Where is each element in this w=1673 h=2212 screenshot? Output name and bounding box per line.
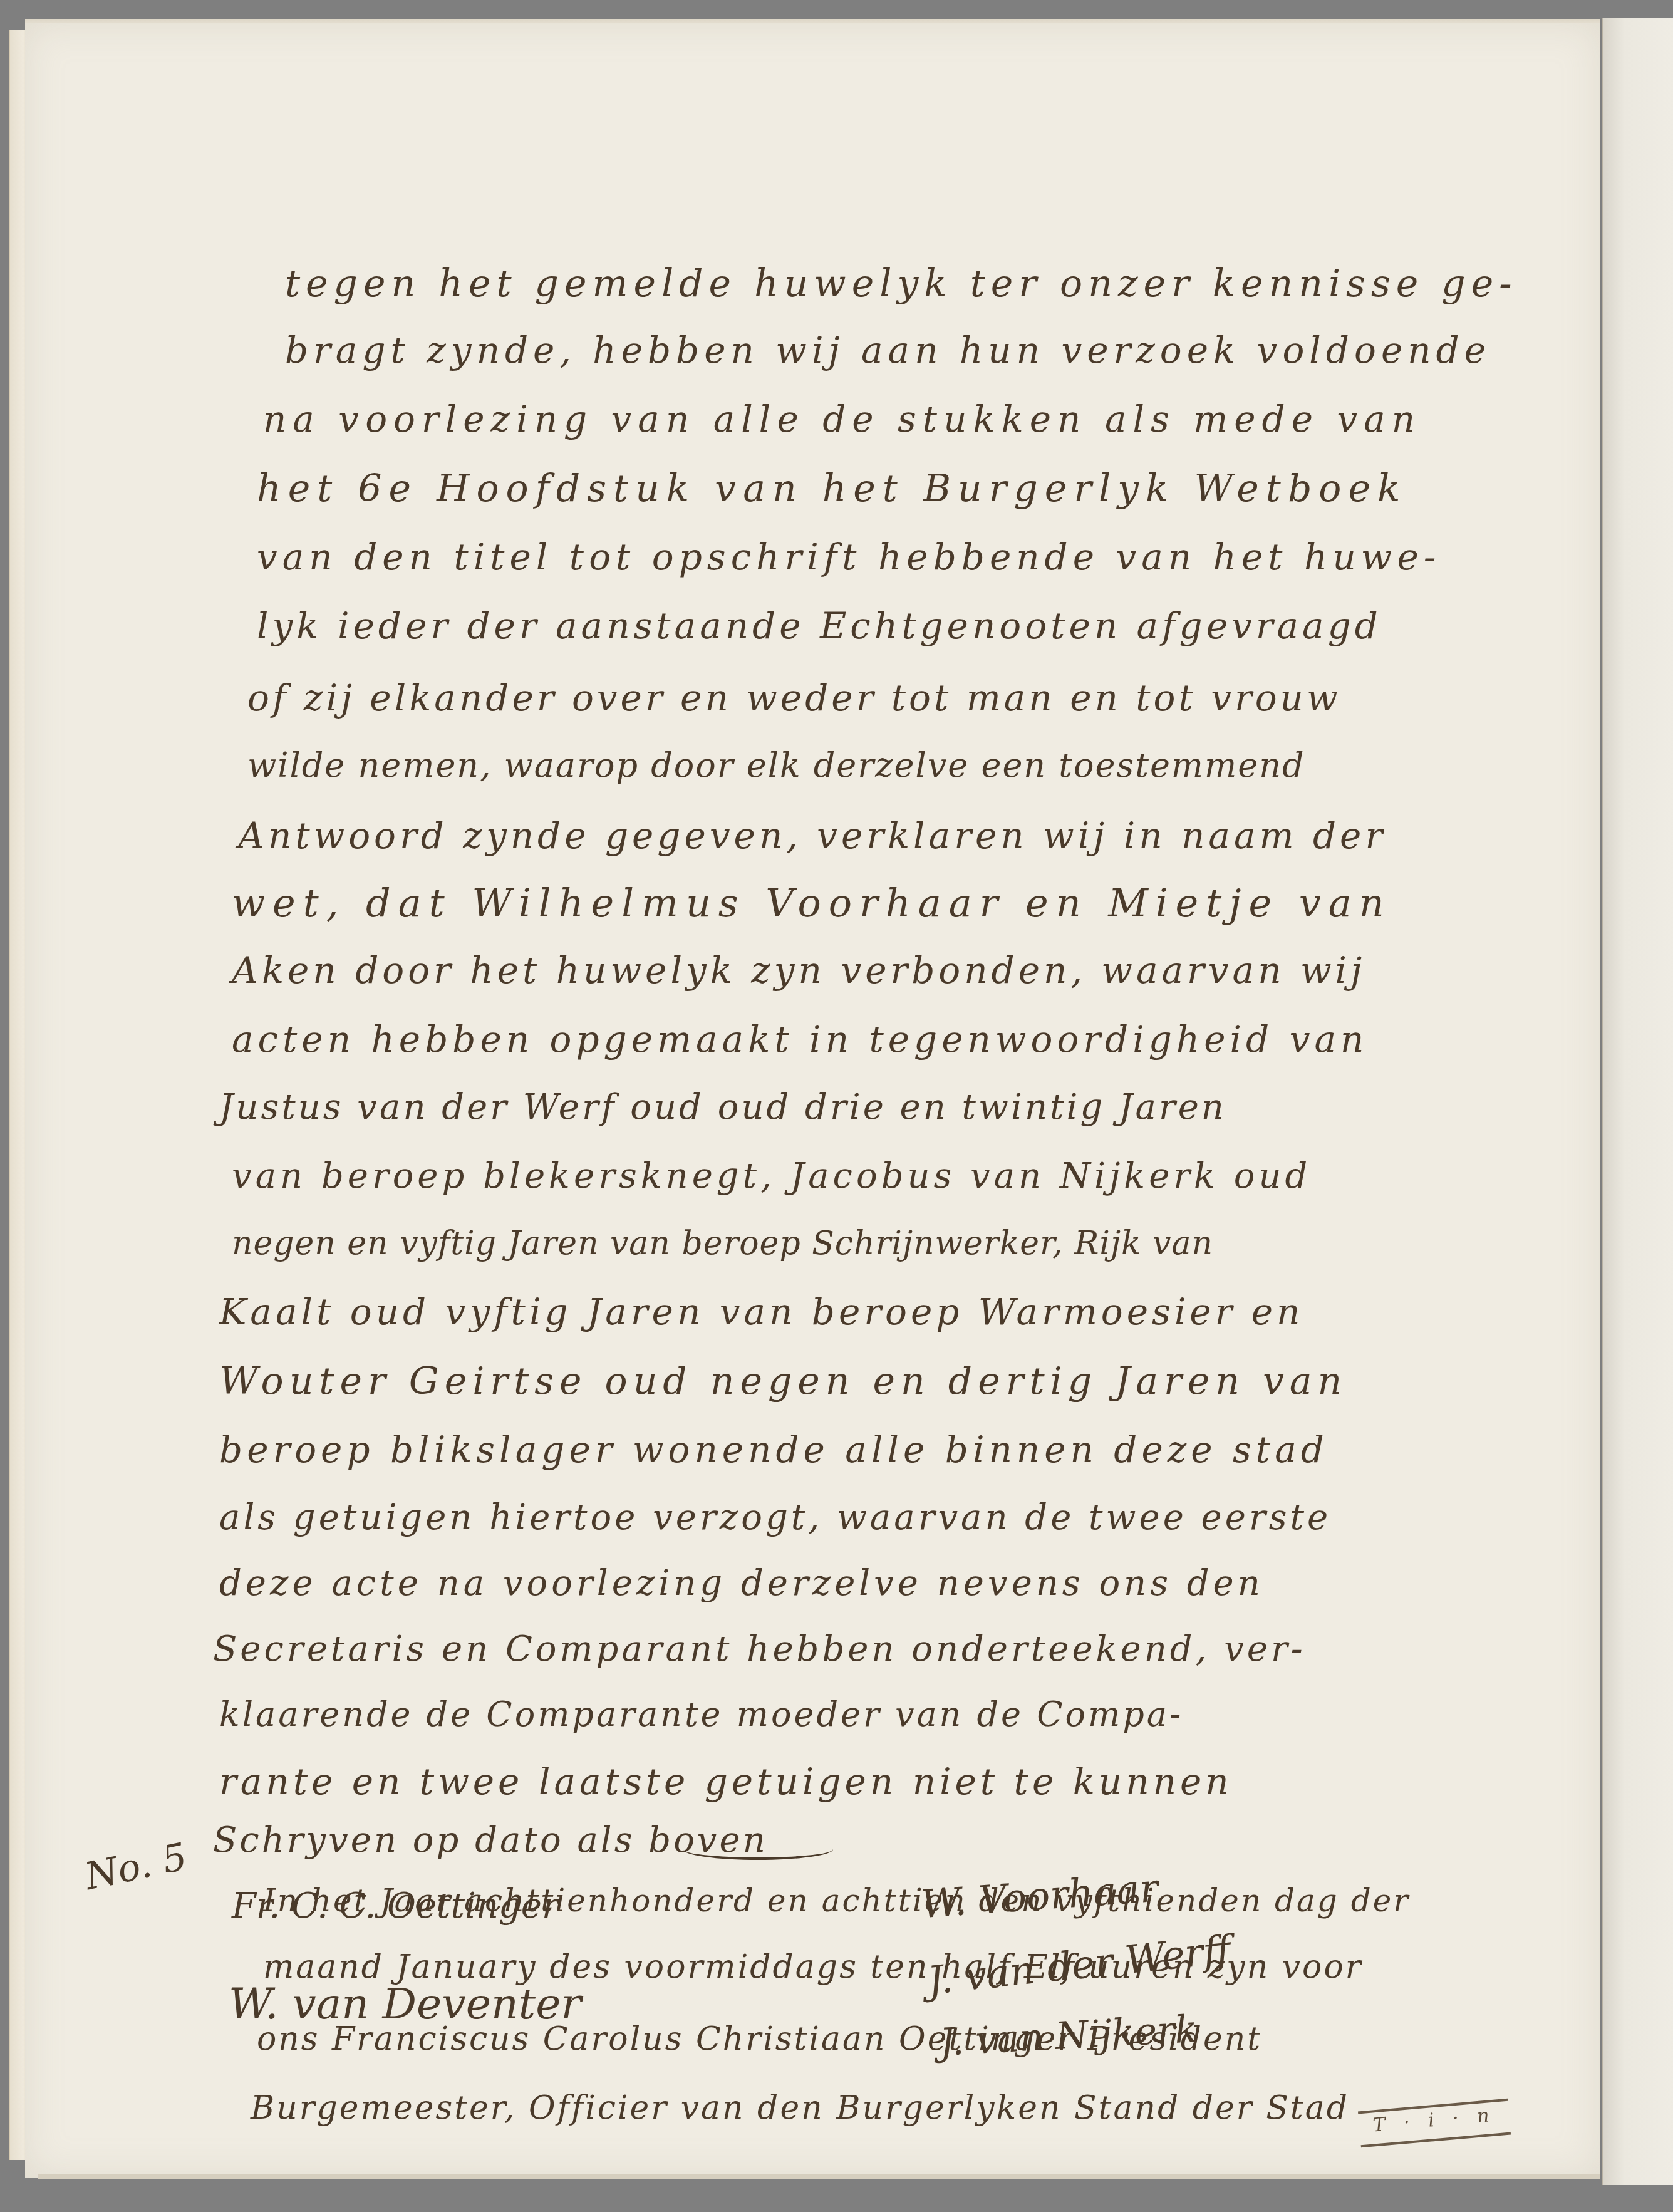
body-line-12: acten hebben opgemaakt in tegenwoordighe… xyxy=(232,1018,1368,1061)
body-line-2: bragt zynde, hebben wij aan hun verzoek … xyxy=(285,329,1491,371)
body-line-16: Kaalt oud vyftig Jaren van beroep Warmoe… xyxy=(219,1290,1303,1333)
body-line-19: als getuigen hiertoe verzogt, waarvan de… xyxy=(219,1497,1331,1538)
next-entry-line-1: In het Jaar achttienhonderd en achttien … xyxy=(263,1882,1410,1919)
body-line-7: of zij elkander over en weder tot man en… xyxy=(247,677,1341,719)
body-line-8: wilde nemen, waarop door elk derzelve ee… xyxy=(247,745,1305,785)
body-line-1: tegen het gemelde huwelyk ter onzer kenn… xyxy=(285,262,1517,306)
body-line-11: Aken door het huwelyk zyn verbonden, waa… xyxy=(232,949,1365,992)
body-line-20: deze acte na voorlezing derzelve nevens … xyxy=(219,1563,1264,1604)
body-line-9: Antwoord zynde gegeven, verklaren wij in… xyxy=(238,814,1386,857)
body-line-4: het 6e Hoofdstuk van het Burgerlyk Wetbo… xyxy=(257,467,1407,511)
next-entry-line-2: maand January des voormiddags ten half E… xyxy=(263,1948,1363,1986)
body-line-5: van den titel tot opschrift hebbende van… xyxy=(257,536,1441,578)
body-line-22: klaarende de Comparante moeder van de Co… xyxy=(219,1695,1183,1734)
next-entry-line-4: Burgemeester, Officier van den Burgerlyk… xyxy=(251,2089,1349,2127)
next-entry-line-3: ons Franciscus Carolus Christiaan Oettin… xyxy=(257,2020,1262,2058)
body-line-14: van beroep blekersknegt, Jacobus van Nij… xyxy=(232,1156,1311,1197)
body-line-3: na voorlezing van alle de stukken als me… xyxy=(263,398,1421,440)
body-line-6: lyk ieder der aanstaande Echtgenooten af… xyxy=(257,605,1382,647)
body-line-17: Wouter Geirtse oud negen en dertig Jaren… xyxy=(219,1359,1347,1403)
body-line-21: Secretaris en Comparant hebben onderteek… xyxy=(213,1629,1306,1669)
closing-flourish xyxy=(683,1839,833,1860)
body-line-15: negen en vyftig Jaren van beroep Schrijn… xyxy=(232,1225,1213,1262)
body-line-23: rante en twee laatste getuigen niet te k… xyxy=(219,1760,1233,1803)
facing-page-edge xyxy=(1602,18,1673,2185)
body-line-18: beroep blikslager wonende alle binnen de… xyxy=(219,1428,1329,1471)
body-line-13: Justus van der Werf oud oud drie en twin… xyxy=(219,1087,1226,1128)
page-bottom-edge xyxy=(38,2174,1600,2179)
body-line-10: wet, dat Wilhelmus Voorhaar en Mietje va… xyxy=(232,880,1392,926)
